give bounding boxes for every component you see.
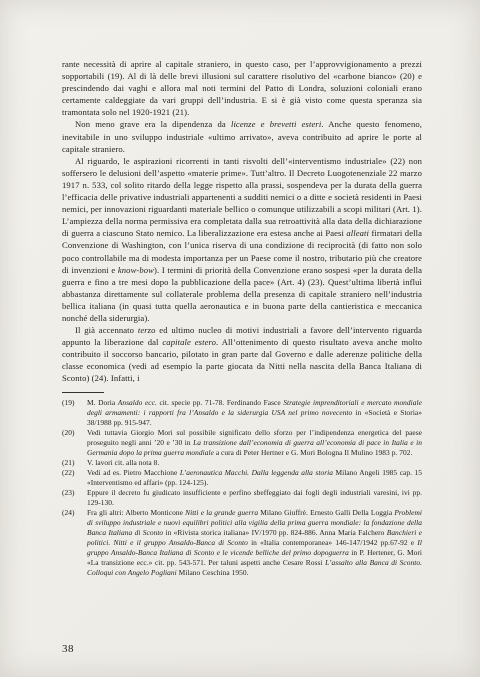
footnote: (23)Eppure il decreto fu giudicato insuf… xyxy=(62,488,422,508)
footnote-number: (22) xyxy=(62,468,87,478)
footnote: (19)M. Doria Ansaldo ecc. cit. specie pp… xyxy=(62,398,422,428)
footnote-text: V. lavori cit. alla nota 8. xyxy=(87,458,159,467)
paragraph: Il già accennato terzo ed ultimo nucleo … xyxy=(62,324,422,384)
footnote-separator xyxy=(62,392,104,393)
page-number: 38 xyxy=(62,643,74,655)
footnote-number: (24) xyxy=(62,508,87,518)
footnote: (24)Fra gli altri: Alberto Monticone Nit… xyxy=(62,508,422,578)
footnote-text: Vedi ad es. Pietro Macchione L’aeronauti… xyxy=(87,468,422,487)
footnote: (22)Vedi ad es. Pietro Macchione L’aeron… xyxy=(62,468,422,488)
book-page: rante necessità di aprire al capitale st… xyxy=(0,0,480,677)
footnote: (21)V. lavori cit. alla nota 8. xyxy=(62,458,422,468)
body-text: rante necessità di aprire al capitale st… xyxy=(62,58,422,385)
footnote-number: (23) xyxy=(62,488,87,498)
footnote-text: Vedi tuttavia Giorgio Mori sul possibile… xyxy=(87,428,422,457)
footnote-text: Eppure il decreto fu giudicato insuffici… xyxy=(87,488,422,507)
paragraph: rante necessità di aprire al capitale st… xyxy=(62,58,422,118)
footnotes-section: (19)M. Doria Ansaldo ecc. cit. specie pp… xyxy=(62,398,422,578)
footnote-number: (19) xyxy=(62,398,87,408)
footnote-number: (20) xyxy=(62,428,87,438)
paragraph: Non meno grave era la dipendenza da lice… xyxy=(62,118,422,154)
footnote-text: M. Doria Ansaldo ecc. cit. specie pp. 71… xyxy=(87,398,422,427)
footnote-text: Fra gli altri: Alberto Monticone Nitti e… xyxy=(87,508,422,577)
footnote-number: (21) xyxy=(62,458,87,468)
paragraph: Al riguardo, le aspirazioni ricorrenti i… xyxy=(62,155,422,324)
footnote: (20)Vedi tuttavia Giorgio Mori sul possi… xyxy=(62,428,422,458)
